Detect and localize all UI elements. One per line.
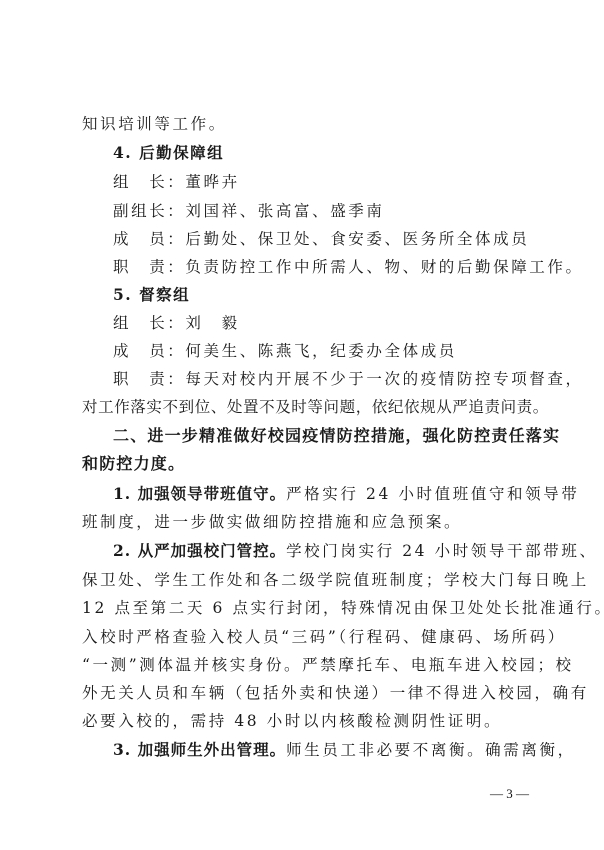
paragraph-line: 对工作落实不到位、处置不及时等问题，依纪依规从严追责问责。 [82,393,524,421]
paragraph-line: 3. 加强师生外出管理。师生员工非必要不离衡。确需离衡， [113,736,524,764]
paragraph-line: 1. 加强领导带班值守。严格实行 24 小时值班值守和领导带 [113,480,524,508]
paragraph-line: 成 员：后勤处、保卫处、食安委、医务所全体成员 [113,225,524,253]
paragraph-line: 入校时严格查验入校人员“三码”（行程码、健康码、场所码） [82,623,524,651]
item-text: 学校门岗实行 24 小时领导干部带班、 [286,542,597,560]
paragraph-line: 组 长：刘 毅 [113,309,524,337]
paragraph-line: 职 责：负责防控工作中所需人、物、财的后勤保障工作。 [113,253,524,281]
paragraph-line: 副组长：刘国祥、张高富、盛季南 [113,197,524,225]
paragraph-line: 职 责：每天对校内开展不少于一次的疫情防控专项督查， [113,365,524,393]
item-heading: 1. 加强领导带班值守。 [113,484,286,503]
item-heading: 2. 从严加强校门管控。 [113,541,286,560]
paragraph-line: 2. 从严加强校门管控。学校门岗实行 24 小时领导干部带班、 [113,537,524,565]
item-heading: 3. 加强师生外出管理。 [113,740,286,759]
paragraph-line: 12 点至第二天 6 点实行封闭，特殊情况由保卫处处长批准通行。 [82,594,524,622]
paragraph-line: 保卫处、学生工作处和各二级学院值班制度；学校大门每日晚上 [82,566,524,594]
section-heading-inspection: 5. 督察组 [113,281,524,309]
section-heading-two-cont: 和防控力度。 [82,450,524,478]
paragraph-line: 外无关人员和车辆（包括外卖和快递）一律不得进入校园，确有 [82,679,524,707]
section-heading-two: 二、进一步精准做好校园疫情防控措施，强化防控责任落实 [113,422,524,450]
paragraph-line: 成 员：何美生、陈燕飞，纪委办全体成员 [113,337,524,365]
paragraph-line: 组 长：董晔卉 [113,168,524,196]
page-number: — 3 — [490,786,529,802]
paragraph-line: “一测”测体温并核实身份。严禁摩托车、电瓶车进入校园；校 [82,651,524,679]
paragraph-line: 必要入校的，需持 48 小时以内核酸检测阴性证明。 [82,707,524,735]
section-heading-logistics: 4. 后勤保障组 [113,139,524,167]
paragraph-line: 班制度，进一步做实做细防控措施和应急预案。 [82,508,524,536]
item-text: 师生员工非必要不离衡。确需离衡， [286,741,576,759]
paragraph-line: 知识培训等工作。 [82,110,524,138]
item-text: 严格实行 24 小时值班值守和领导带 [286,485,579,503]
